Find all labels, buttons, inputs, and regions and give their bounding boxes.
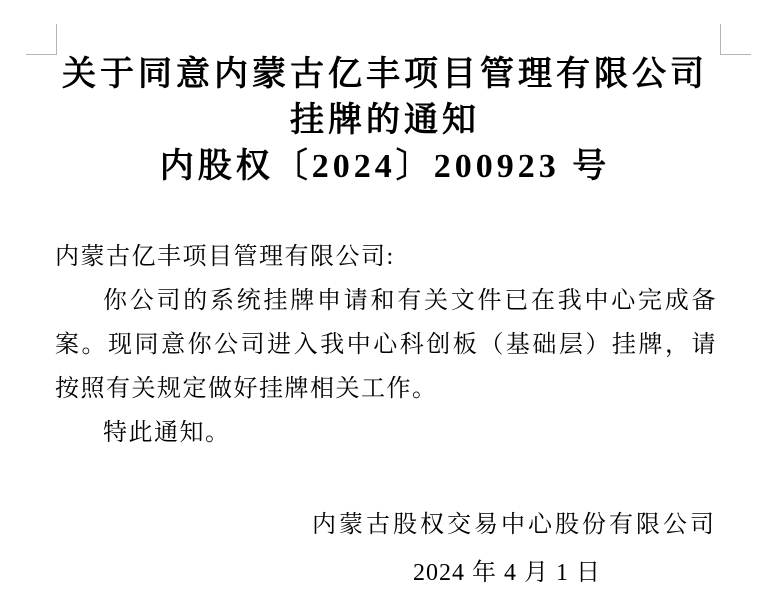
body-paragraph: 你公司的系统挂牌申请和有关文件已在我中心完成备案。现同意你公司进入我中心科创板（…	[55, 279, 717, 411]
signature-block: 内蒙古股权交易中心股份有限公司 2024 年 4 月 1 日	[312, 501, 702, 597]
notice-body: 内蒙古亿丰项目管理有限公司: 你公司的系统挂牌申请和有关文件已在我中心完成备案。…	[55, 235, 717, 455]
addressee-line: 内蒙古亿丰项目管理有限公司:	[55, 235, 717, 279]
closing-line: 特此通知。	[55, 411, 717, 455]
notice-title-block: 关于同意内蒙古亿丰项目管理有限公司 挂牌的通知 内股权〔2024〕200923 …	[40, 52, 730, 190]
margin-corner-mark-top-left	[26, 24, 57, 55]
notice-title-line-2: 挂牌的通知	[40, 98, 730, 144]
notice-title-line-1: 关于同意内蒙古亿丰项目管理有限公司	[40, 52, 730, 98]
margin-corner-mark-top-right	[720, 24, 751, 55]
issue-date: 2024 年 4 月 1 日	[312, 549, 702, 597]
document-page: 关于同意内蒙古亿丰项目管理有限公司 挂牌的通知 内股权〔2024〕200923 …	[0, 0, 770, 610]
notice-document-number: 内股权〔2024〕200923 号	[40, 144, 730, 190]
issuer-name: 内蒙古股权交易中心股份有限公司	[312, 501, 702, 549]
